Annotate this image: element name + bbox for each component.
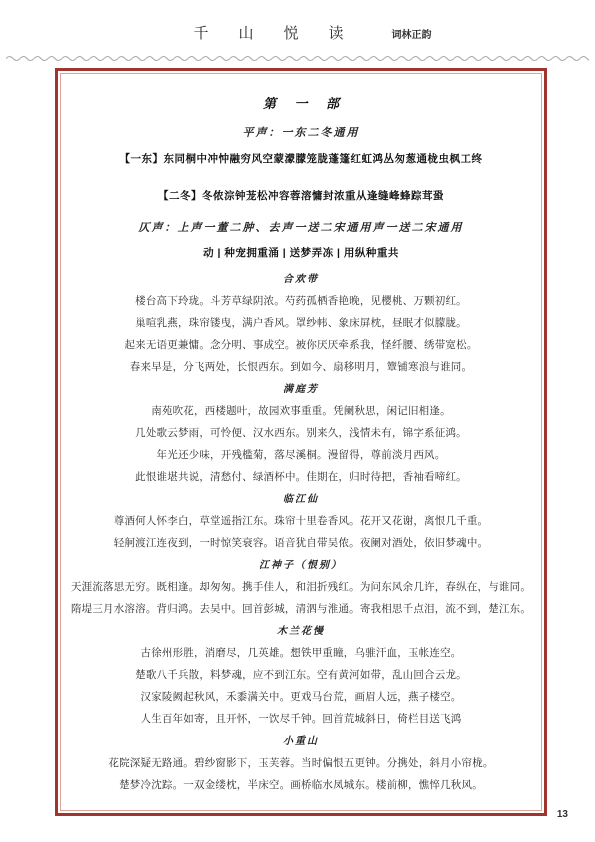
rhyme-line-yidong: 【一东】东同桐中冲忡融穷风空蒙濛朦笼胧蓬篷红虹鸿丛匆葱通栊虫枫工终	[61, 151, 541, 168]
ping-heading: 平声：一东二冬通用	[61, 124, 541, 141]
tune-title: 江神子（恨别）	[61, 557, 541, 574]
content-frame-inner: 第 一 部 平声：一东二冬通用 【一东】东同桐中冲忡融穷风空蒙濛朦笼胧蓬篷红虹鸿…	[60, 73, 542, 811]
verse-line: 隋堤三月水溶溶。背归鸿。去吴中。回首彭城，清泗与淮通。寄我相思千点泪，流不到，楚…	[61, 601, 541, 618]
ze-chars: 动 | 种宠拥重涌 | 送梦弄冻 | 用纵种重共	[61, 245, 541, 262]
tune-title: 合欢带	[61, 271, 541, 288]
verse-line: 人生百年如寄，且开怀，一饮尽千钟。回首荒城斜日，倚栏目送飞鸿	[61, 711, 541, 728]
verse-line: 年光还少味，开残槛菊，落尽溪桐。漫留得，尊前淡月西风。	[61, 447, 541, 464]
book-subtitle: 词林正韵	[392, 26, 432, 41]
verse-line: 汉家陵阙起秋风，禾黍满关中。更戏马台荒，画眉人远，燕子楼空。	[61, 689, 541, 706]
verse-line: 楼台高下玲珑。斗芳草绿阴浓。芍药孤栖香艳晚，见樱桃、万颗初红。	[61, 293, 541, 310]
rhyme-line-erdong: 【二冬】冬侬淙钟茏松冲容蓉溶慵封浓重从逢缝峰蜂踪茸蛩	[61, 188, 541, 205]
verse-line: 天涯流落思无穷。既相逢。却匆匆。携手佳人，和泪折残红。为问东风余几许，春纵在，与…	[61, 579, 541, 596]
part-title: 第 一 部	[61, 96, 541, 113]
book-title: 千山悦读	[163, 22, 373, 43]
content-frame: 第 一 部 平声：一东二冬通用 【一东】东同桐中冲忡融穷风空蒙濛朦笼胧蓬篷红虹鸿…	[55, 68, 547, 816]
verse-line: 古徐州形胜，消磨尽，几英雄。想铁甲重瞳，乌骓汗血，玉帐连空。	[61, 645, 541, 662]
verse-line: 春来早是，分飞两处，长恨西东。到如今、扇移明月，簟铺寒浪与谁同。	[61, 359, 541, 376]
tune-title: 满庭芳	[61, 381, 541, 398]
verse-line: 起来无语更兼慵。念分明、事成空。被你厌厌牵系我，怪纤腰、绣带宽松。	[61, 337, 541, 354]
verse-line: 楚歌八千兵散，料梦魂，应不到江东。空有黄河如带，乱山回合云龙。	[61, 667, 541, 684]
verse-line: 花院深疑无路通。碧纱窗影下，玉芙蓉。当时偏恨五更钟。分携处，斜月小帘栊。	[61, 755, 541, 772]
tune-title: 木兰花慢	[61, 623, 541, 640]
verse-line: 尊酒何人怀李白，草堂遥指江东。珠帘十里卷香风。花开又花谢，离恨几千重。	[61, 513, 541, 530]
verse-line: 此恨谁堪共说，清愁付、绿酒杯中。佳期在，归时待把，香袖看啼红。	[61, 469, 541, 486]
book-page: 千山悦读 词林正韵 第 一 部 平声：一东二冬通用 【一东】东同桐中冲忡融穷风空…	[0, 0, 595, 842]
ze-heading: 仄声：上声一董二肿、去声一送二宋通用声一送二宋通用	[61, 219, 541, 236]
running-header: 千山悦读 词林正韵	[0, 22, 595, 43]
verse-line: 楚梦冷沈踪。一双金缕枕，半床空。画桥临水凤城东。楼前柳，憔悴几秋风。	[61, 777, 541, 794]
verse-line: 几处歌云梦雨，可怜便、汉水西东。别来久，浅情未有，锦字系征鸿。	[61, 425, 541, 442]
page-number: 13	[557, 809, 568, 820]
wavy-divider	[6, 53, 589, 61]
verse-line: 南苑吹花，西楼题叶，故园欢事重重。凭阑秋思，闲记旧相逢。	[61, 403, 541, 420]
verse-line: 轻舸渡江连夜到，一时惊笑衰容。语音犹自带吴侬。夜阑对酒处，依旧梦魂中。	[61, 535, 541, 552]
tune-title: 小重山	[61, 733, 541, 750]
verse-line: 巢喧乳燕，珠帘镂曳，满户香风。罩纱帏、象床屏枕，昼眠才似朦胧。	[61, 315, 541, 332]
tune-title: 临江仙	[61, 491, 541, 508]
